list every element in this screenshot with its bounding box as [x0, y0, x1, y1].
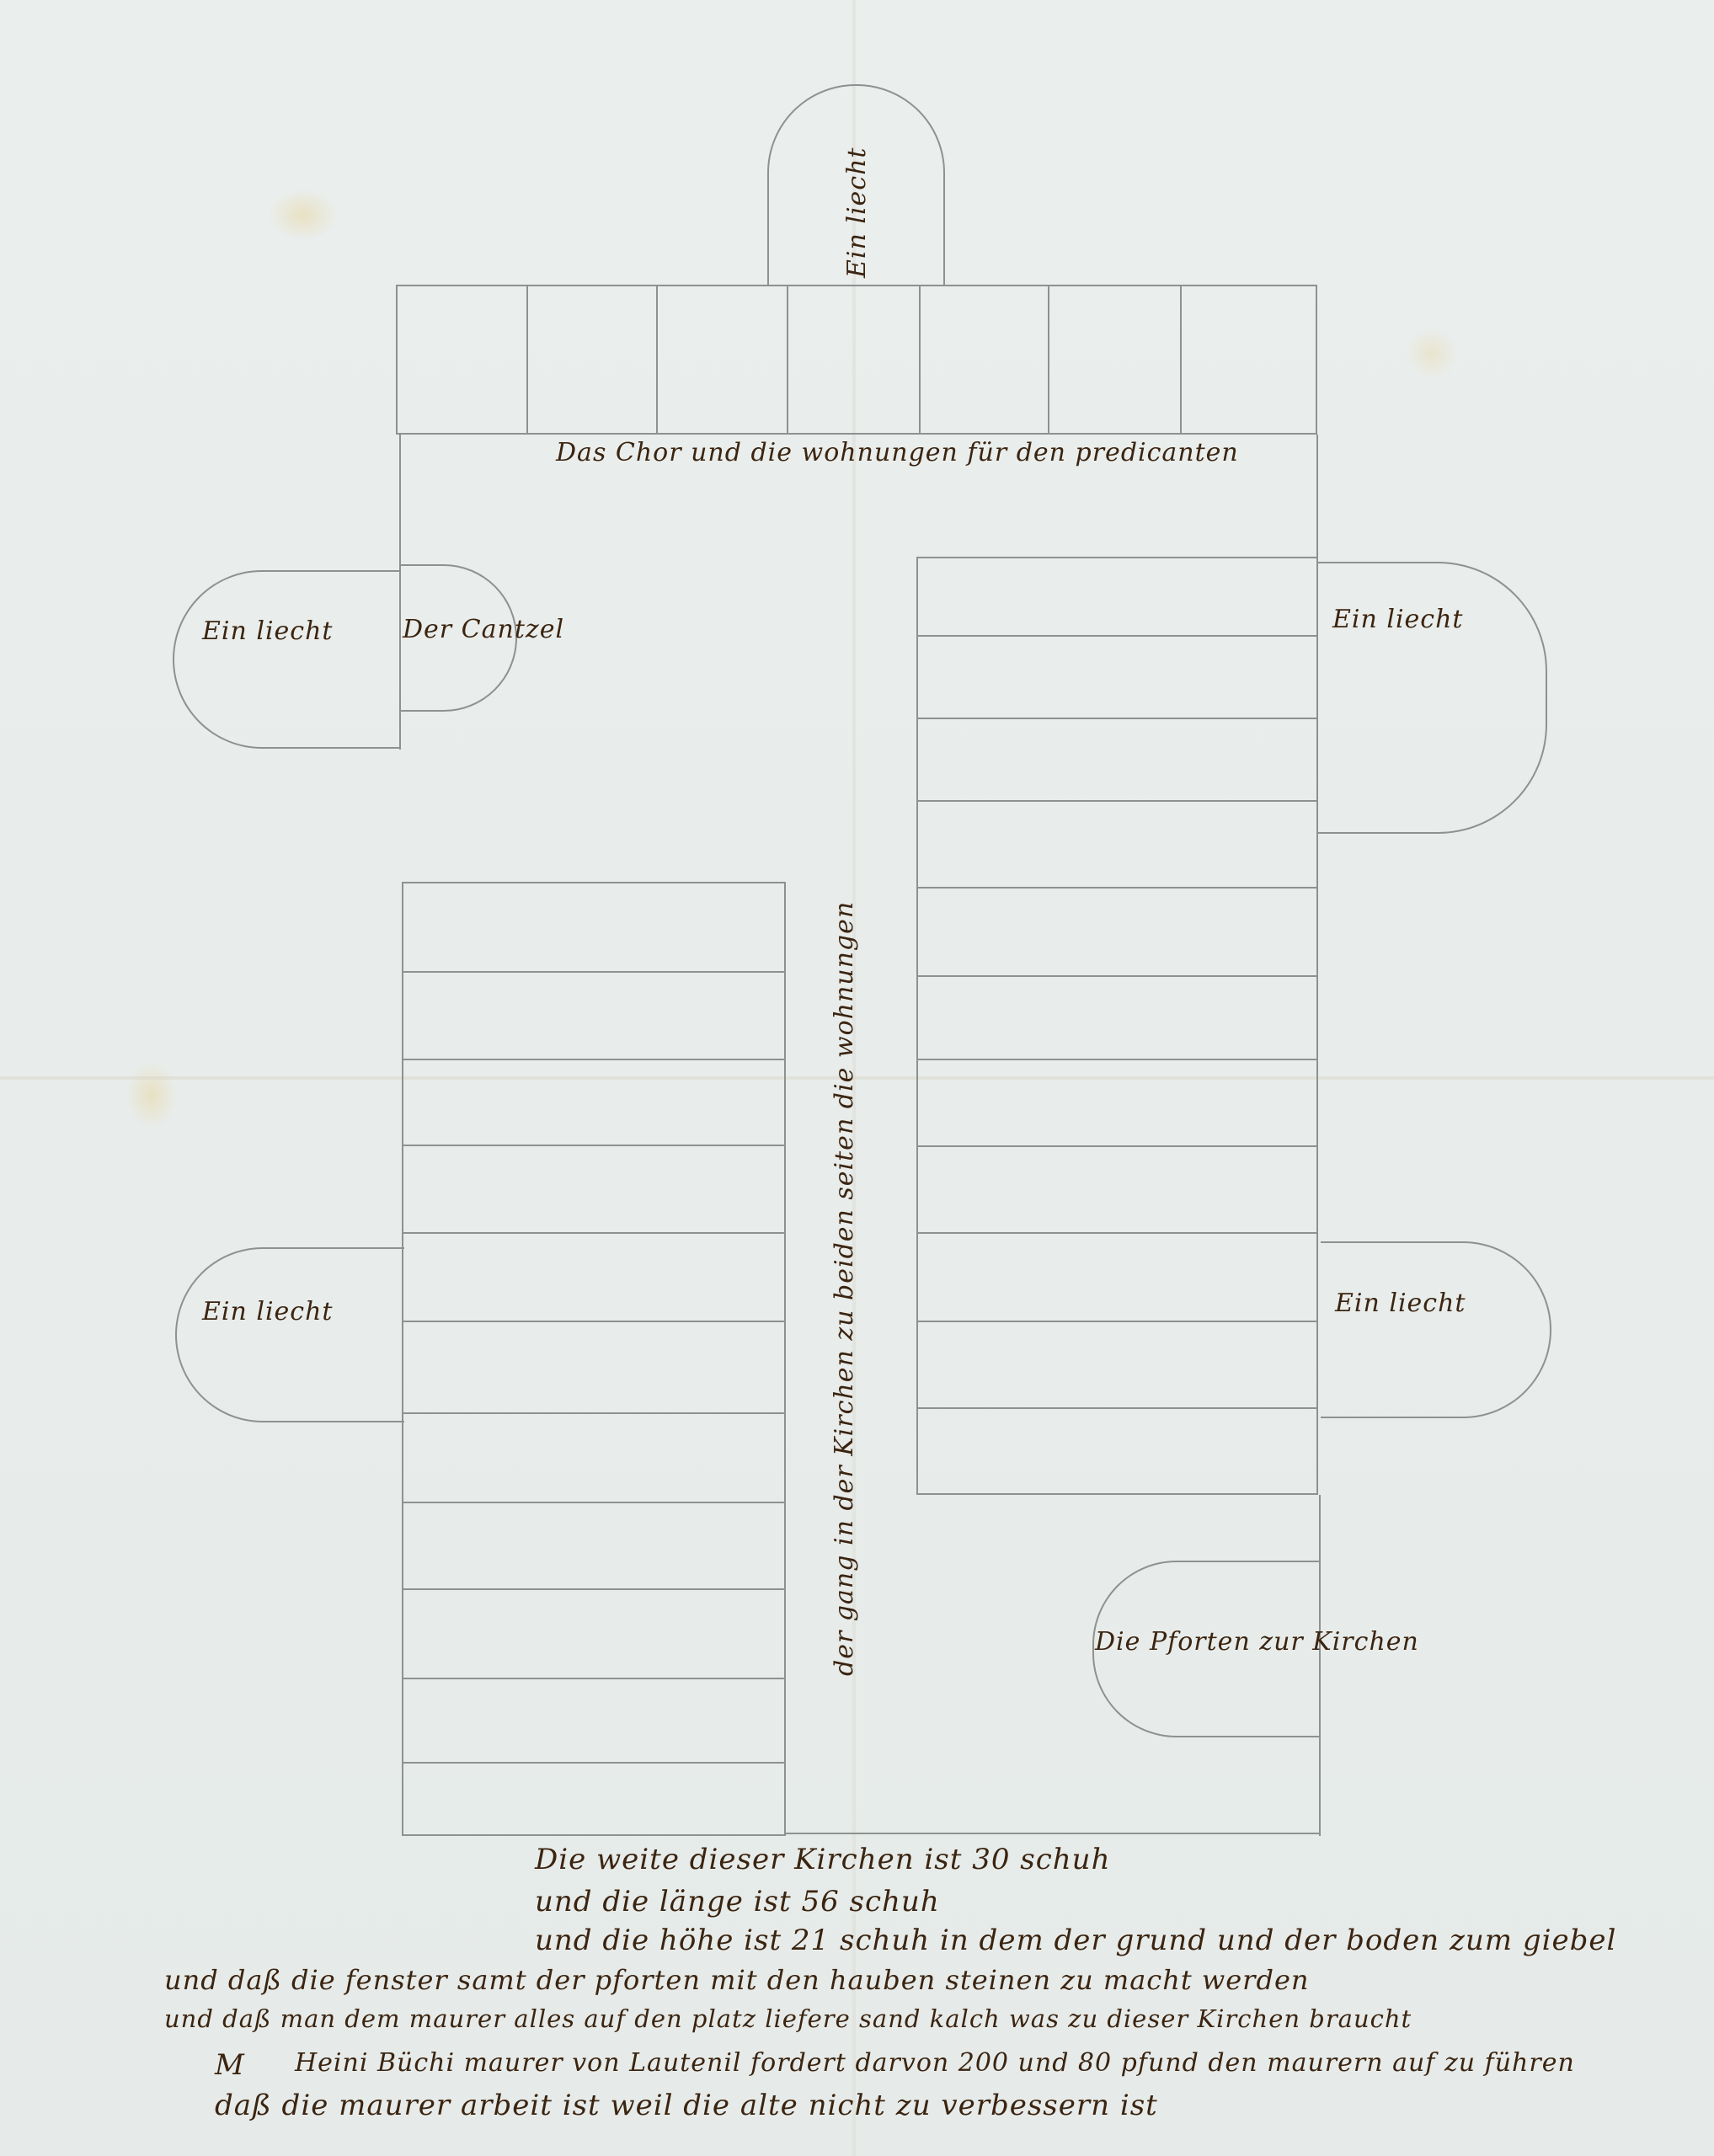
- note-line: und daß die fenster samt der pforten mit…: [164, 1964, 1310, 1996]
- choir-divider: [919, 285, 921, 435]
- pew-row: [402, 1678, 786, 1679]
- pew-row: [916, 718, 1318, 719]
- apse-label: Ein liecht: [842, 147, 872, 278]
- pew-row: [402, 1588, 786, 1590]
- note-line: und die länge ist 56 schuh: [535, 1885, 940, 1919]
- right-pew-block: [916, 557, 1318, 1495]
- pew-row: [916, 635, 1318, 637]
- pew-row: [402, 971, 786, 973]
- choir-divider: [1048, 285, 1049, 435]
- choir-band: [396, 285, 1317, 435]
- pew-row: [402, 1059, 786, 1060]
- pew-row: [916, 1321, 1318, 1322]
- note-marker: M: [215, 2048, 245, 2082]
- pew-row: [916, 1407, 1318, 1409]
- choir-divider: [1180, 285, 1182, 435]
- right-lower-window-label: Ein liecht: [1335, 1289, 1466, 1318]
- pew-row: [916, 1059, 1318, 1060]
- nave-wall-bottom: [786, 1833, 1321, 1834]
- entrance-label: Die Pforten zur Kirchen: [1095, 1627, 1419, 1657]
- note-line: Die weite dieser Kirchen ist 30 schuh: [535, 1843, 1110, 1876]
- pew-row: [402, 1412, 786, 1414]
- pew-row: [402, 1762, 786, 1764]
- note-line: daß die maurer arbeit ist weil die alte …: [215, 2089, 1158, 2122]
- right-lower-window-lobe: [1321, 1241, 1551, 1418]
- left-upper-window-lobe: [173, 570, 400, 749]
- aisle-label: der gang in der Kirchen zu beiden seiten…: [830, 901, 859, 1676]
- left-upper-window-label: Ein liecht: [202, 616, 333, 646]
- choir-divider: [526, 285, 528, 435]
- pew-row: [916, 800, 1318, 802]
- choir-label: Das Chor und die wohnungen für den predi…: [556, 438, 1239, 467]
- pew-row: [916, 887, 1318, 889]
- pew-row: [402, 1232, 786, 1234]
- left-lower-window-label: Ein liecht: [202, 1297, 333, 1326]
- pulpit-label: Der Cantzel: [403, 615, 564, 644]
- pew-row: [402, 1321, 786, 1322]
- choir-divider: [787, 285, 788, 435]
- note-line: und daß man dem maurer alles auf den pla…: [164, 2004, 1412, 2033]
- right-upper-window-lobe: [1318, 562, 1547, 834]
- left-pew-block: [402, 882, 786, 1836]
- choir-divider: [656, 285, 658, 435]
- right-upper-window-label: Ein liecht: [1332, 605, 1463, 634]
- note-line: Heini Büchi maurer von Lautenil fordert …: [295, 2048, 1575, 2078]
- nave-wall-right-upper: [1316, 435, 1318, 557]
- note-line: und die höhe ist 21 schuh in dem der gru…: [535, 1924, 1616, 1957]
- pew-row: [916, 1232, 1318, 1234]
- pew-row: [916, 1145, 1318, 1147]
- left-lower-window-lobe: [175, 1247, 404, 1422]
- pew-row: [402, 1145, 786, 1146]
- pew-row: [916, 975, 1318, 977]
- pew-row: [402, 1502, 786, 1503]
